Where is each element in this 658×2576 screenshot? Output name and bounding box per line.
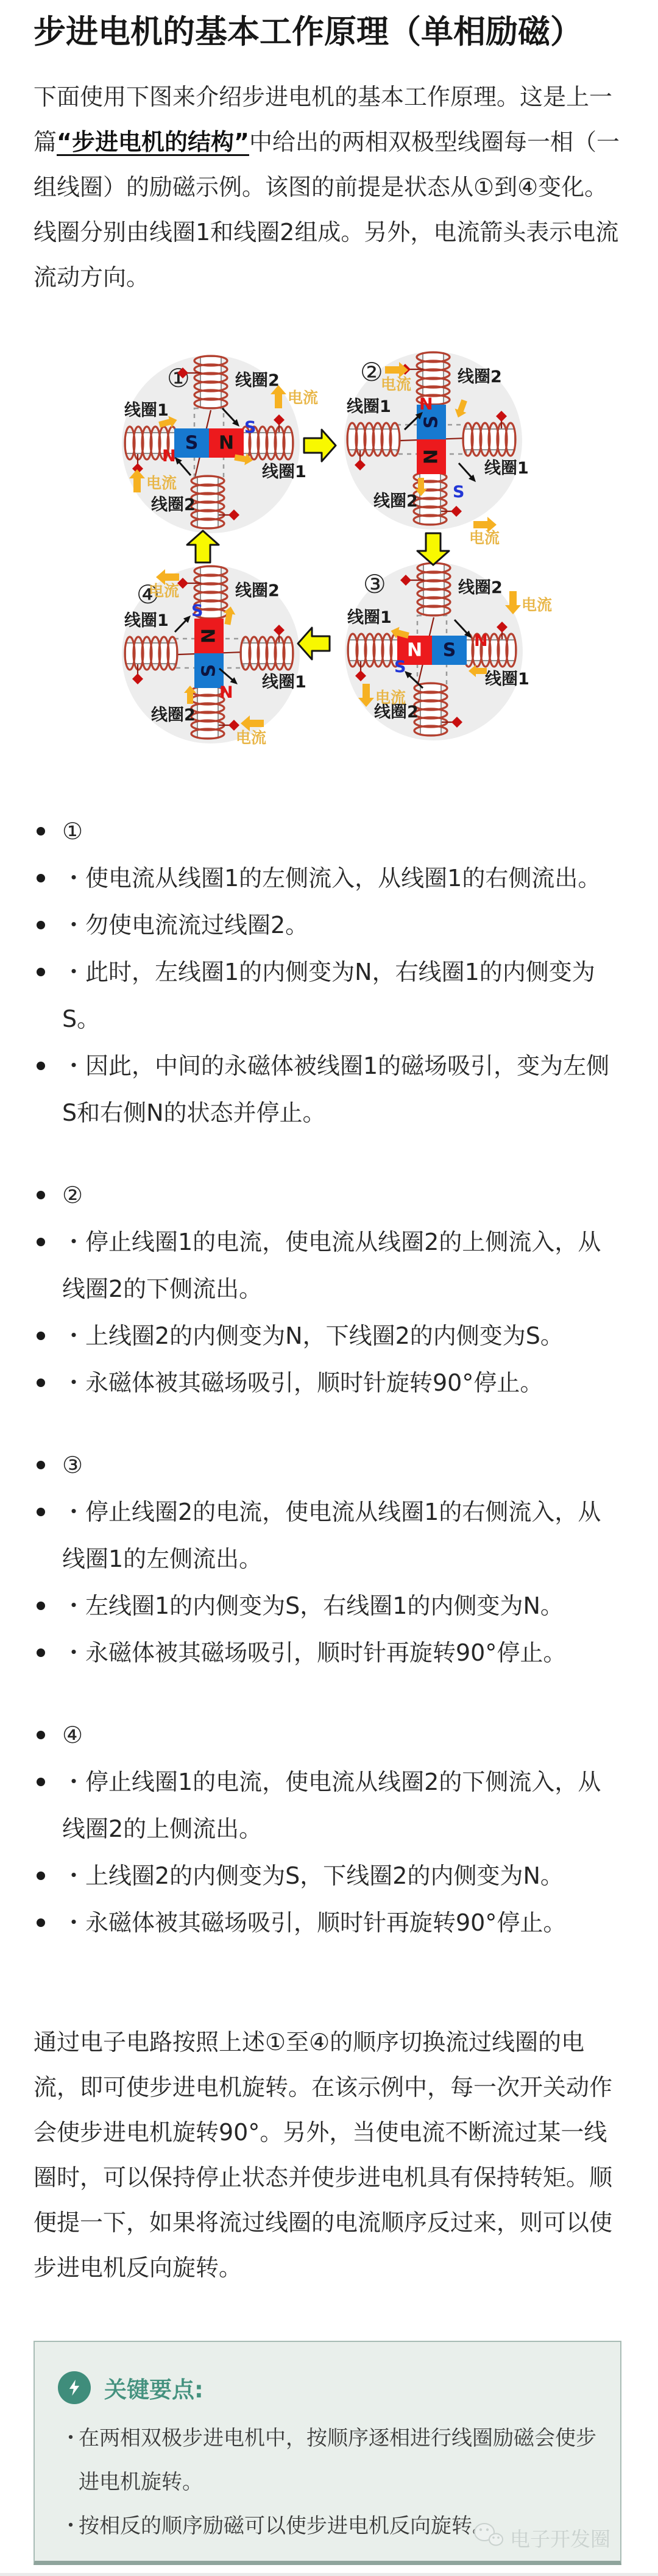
step-item: ・上线圈2的内侧变为N，下线圈2的内侧变为S。 xyxy=(34,1313,623,1360)
motor-state: ④NS线圈1线圈1线圈2线圈2SN电流电流 xyxy=(122,566,306,747)
coil-label: 线圈1 xyxy=(262,463,306,481)
state-number: ③ xyxy=(363,569,386,599)
coil-label: 线圈1 xyxy=(347,397,391,416)
coil-pole-letter: N xyxy=(219,683,233,702)
step-item: ・永磁体被其磁场吸引，顺时针再旋转90°停止。 xyxy=(34,1900,623,1946)
current-label: 电流 xyxy=(469,529,500,547)
coil-pole-letter: S xyxy=(394,658,406,676)
current-label: 电流 xyxy=(522,596,552,614)
coil-pole-letter: N xyxy=(419,395,433,414)
coil-horizontal xyxy=(125,637,177,670)
motor-state: ①SN线圈1线圈1线圈2线圈2NS电流电流 xyxy=(122,355,318,533)
magnet-pole-letter: N xyxy=(407,640,422,661)
sequence-flow-arrow-up xyxy=(187,531,219,562)
magnet-pole-letter: S xyxy=(199,664,220,678)
step-group-header: ④ xyxy=(34,1712,623,1759)
coil-label: 线圈1 xyxy=(347,608,392,627)
key-point-item: 在两相双极步进电机中，按顺序逐相进行线圈励磁会使步进电机旋转。 xyxy=(60,2416,596,2504)
coil-horizontal xyxy=(241,637,293,670)
step-item: ・永磁体被其磁场吸引，顺时针旋转90°停止。 xyxy=(34,1360,623,1407)
coil-label: 线圈2 xyxy=(458,367,502,386)
coil-vertical xyxy=(194,356,227,408)
sequence-flow-arrow-down xyxy=(417,533,449,565)
coil-label: 线圈1 xyxy=(485,670,529,689)
step-item: ・永磁体被其磁场吸引，顺时针再旋转90°停止。 xyxy=(34,1630,623,1677)
current-label: 电流 xyxy=(375,689,406,706)
magnet-pole-letter: S xyxy=(185,433,199,454)
sequence-flow-arrow-left xyxy=(298,628,330,659)
coil-label: 线圈2 xyxy=(235,581,280,600)
motor-state: ②SN线圈1线圈1线圈2线圈2NS电流电流 xyxy=(344,352,529,547)
coil-horizontal xyxy=(347,423,400,456)
key-points-box: 关键要点: 在两相双极步进电机中，按顺序逐相进行线圈励磁会使步进电机旋转。按相反… xyxy=(34,2341,621,2565)
coil-vertical xyxy=(414,683,447,736)
coil-label: 线圈1 xyxy=(124,401,169,420)
current-label: 电流 xyxy=(381,375,411,393)
coil-label: 线圈1 xyxy=(484,459,529,478)
closing-paragraph: 通过电子电路按照上述①至④的顺序切换流过线圈的电流，即可使步进电机旋转。在该示例… xyxy=(34,2020,623,2290)
current-label: 电流 xyxy=(236,729,266,747)
diagram-svg: ①SN线圈1线圈1线圈2线圈2NS电流电流②SN线圈1线圈1线圈2线圈2NS电流… xyxy=(0,329,658,798)
magnet-pole-letter: N xyxy=(421,449,442,464)
step-item: ・勿使电流流过线圈2。 xyxy=(34,902,623,949)
coil-pole-letter: S xyxy=(453,483,464,502)
magnet-pole-letter: S xyxy=(421,416,442,429)
coil-label: 线圈2 xyxy=(151,706,196,725)
page-bottom-divider xyxy=(0,2573,658,2576)
step-item: ・停止线圈2的电流，使电流从线圈1的右侧流入，从线圈1的左侧流出。 xyxy=(34,1489,623,1583)
key-points-title: 关键要点: xyxy=(104,2371,203,2404)
current-label: 电流 xyxy=(146,474,177,492)
current-label: 电流 xyxy=(288,389,318,406)
coil-label: 线圈2 xyxy=(458,578,503,597)
watermark-text: 电子开发圈 xyxy=(510,2524,610,2552)
state-number: ① xyxy=(167,363,190,393)
structure-article-link[interactable]: “步进电机的结构” xyxy=(57,129,249,155)
coil-pole-letter: S xyxy=(191,601,203,620)
step-item: ・左线圈1的内侧变为S，右线圈1的内侧变为N。 xyxy=(34,1583,623,1630)
coil-label: 线圈2 xyxy=(235,371,280,390)
step-item: ・使电流从线圈1的左侧流入，从线圈1的右侧流出。 xyxy=(34,855,623,902)
step-item: ・此时，左线圈1的内侧变为N，右线圈1的内侧变为S。 xyxy=(34,949,623,1043)
coil-label: 线圈2 xyxy=(151,495,196,514)
wechat-icon xyxy=(473,2522,504,2553)
article-page: 步进电机的基本工作原理（单相励磁） 下面使用下图来介绍步进电机的基本工作原理。这… xyxy=(0,0,658,2576)
coil-vertical xyxy=(417,563,450,616)
magnet-pole-letter: N xyxy=(219,433,234,454)
coil-pole-letter: S xyxy=(244,418,256,437)
sequence-flow-arrow-right xyxy=(304,430,336,461)
magnet-pole-letter: N xyxy=(199,628,220,644)
motor-state: ③NS线圈1线圈1线圈2线圈2SN电流电流 xyxy=(345,562,552,740)
steps-list: ①・使电流从线圈1的左侧流入，从线圈1的右侧流出。・勿使电流流过线圈2。・此时，… xyxy=(34,808,623,1946)
step-item: ・上线圈2的内侧变为S，下线圈2的内侧变为N。 xyxy=(34,1853,623,1900)
page-title: 步进电机的基本工作原理（单相励磁） xyxy=(34,12,624,52)
step-item: ・停止线圈1的电流，使电流从线圈2的上侧流入，从线圈2的下侧流出。 xyxy=(34,1219,623,1313)
coil-label: 线圈2 xyxy=(373,492,418,511)
magnet-pole-letter: S xyxy=(443,640,456,661)
motor-diagram: ①SN线圈1线圈1线圈2线圈2NS电流电流②SN线圈1线圈1线圈2线圈2NS电流… xyxy=(0,329,658,798)
coil-label: 线圈1 xyxy=(124,611,169,630)
step-group-header: ② xyxy=(34,1172,623,1219)
coil-pole-letter: N xyxy=(474,631,488,650)
coil-horizontal xyxy=(348,634,400,667)
coil-label: 线圈1 xyxy=(262,673,306,692)
step-item: ・因此，中间的永磁体被线圈1的磁场吸引，变为左侧S和右侧N的状态并停止。 xyxy=(34,1043,623,1137)
lightning-icon xyxy=(58,2371,91,2404)
coil-pole-letter: N xyxy=(162,447,176,466)
watermark: 电子开发圈 xyxy=(473,2522,610,2553)
key-points-header: 关键要点: xyxy=(58,2371,203,2404)
step-group-header: ① xyxy=(34,808,623,855)
coil-horizontal xyxy=(463,423,515,456)
coil-vertical xyxy=(191,476,224,528)
state-number: ② xyxy=(360,357,383,387)
intro-paragraph: 下面使用下图来介绍步进电机的基本工作原理。这是上一篇“步进电机的结构”中给出的两… xyxy=(34,74,624,300)
current-label: 电流 xyxy=(149,582,179,600)
step-group-header: ③ xyxy=(34,1442,623,1489)
step-item: ・停止线圈1的电流，使电流从线圈2的下侧流入，从线圈2的上侧流出。 xyxy=(34,1759,623,1853)
coil-horizontal xyxy=(464,634,516,667)
